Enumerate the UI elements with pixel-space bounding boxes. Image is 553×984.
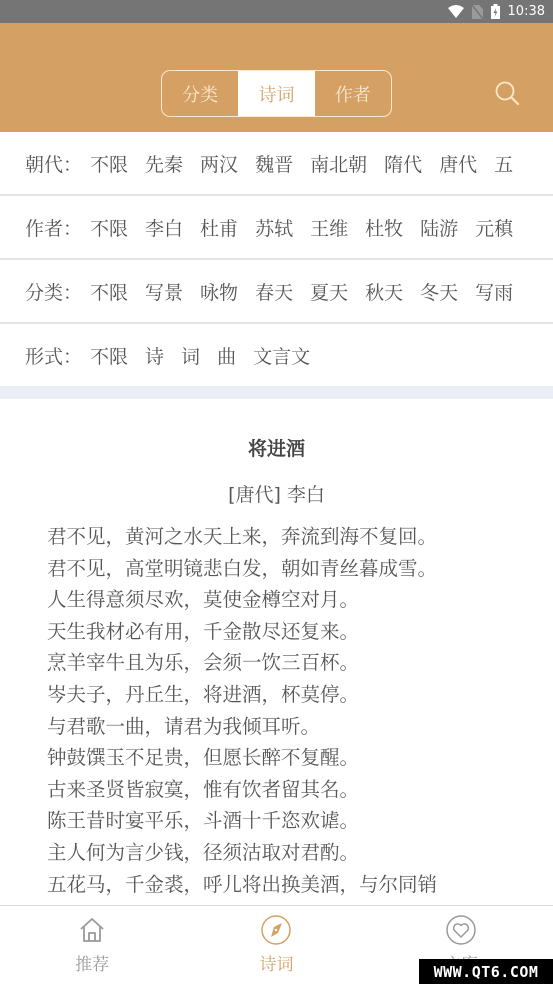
segmented-control: 分类 诗词 作者	[161, 70, 392, 117]
filter-label: 朝代：	[25, 150, 82, 177]
filter-option[interactable]: 两汉	[200, 150, 238, 177]
filter-option[interactable]: 隋代	[384, 150, 422, 177]
search-button[interactable]	[494, 80, 520, 106]
filter-option[interactable]: 词	[181, 342, 200, 369]
filter-label: 作者：	[25, 214, 82, 241]
poem-line: 人生得意须尽欢，莫使金樽空对月。	[47, 584, 553, 616]
poem-line: 君不见，黄河之水天上来，奔流到海不复回。	[47, 521, 553, 553]
filter-option[interactable]: 不限	[90, 214, 128, 241]
search-icon	[494, 80, 520, 106]
filter-option[interactable]: 冬天	[420, 278, 458, 305]
app-bar: 分类 诗词 作者	[0, 23, 553, 132]
watermark: WWW.QT6.COM	[419, 959, 553, 984]
filter-row-dynasty: 朝代： 不限 先秦 两汉 魏晋 南北朝 隋代 唐代 五	[0, 132, 553, 196]
tab-recommend[interactable]: 推荐	[0, 906, 184, 984]
poem-line: 与君歌一曲，请君为我倾耳听。	[47, 711, 553, 743]
filter-option[interactable]: 苏轼	[255, 214, 293, 241]
filter-option[interactable]: 王维	[310, 214, 348, 241]
segment-category[interactable]: 分类	[162, 71, 238, 116]
filter-option[interactable]: 春天	[255, 278, 293, 305]
poem-line: 君不见，高堂明镜悲白发，朝如青丝暮成雪。	[47, 553, 553, 585]
filter-row-form: 形式： 不限 诗 词 曲 文言文	[0, 324, 553, 386]
filter-option[interactable]: 先秦	[145, 150, 183, 177]
poem-line: 主人何为言少钱，径须沽取对君酌。	[47, 837, 553, 869]
filter-option[interactable]: 元稹	[475, 214, 513, 241]
poem-line: 古来圣贤皆寂寞，惟有饮者留其名。	[47, 774, 553, 806]
poem-title: 将进酒	[0, 434, 553, 461]
filter-option[interactable]: 杜甫	[200, 214, 238, 241]
filter-option[interactable]: 咏物	[200, 278, 238, 305]
section-divider	[0, 386, 553, 399]
poem-line: 岑夫子，丹丘生，将进酒，杯莫停。	[47, 679, 553, 711]
battery-charging-icon	[491, 4, 500, 19]
poem-line: 烹羊宰牛且为乐，会须一饮三百杯。	[47, 647, 553, 679]
heart-icon	[445, 914, 477, 946]
filter-option[interactable]: 陆游	[420, 214, 458, 241]
poem-card[interactable]: 将进酒 [唐代] 李白 君不见，黄河之水天上来，奔流到海不复回。 君不见，高堂明…	[0, 399, 553, 905]
filter-option[interactable]: 唐代	[439, 150, 477, 177]
compass-icon	[260, 914, 292, 946]
no-sim-icon	[472, 5, 483, 19]
segment-authors[interactable]: 作者	[315, 71, 391, 116]
home-icon	[76, 914, 108, 946]
poem-line: 天生我材必有用，千金散尽还复来。	[47, 616, 553, 648]
status-bar: 10:38	[0, 0, 553, 23]
segment-poems[interactable]: 诗词	[238, 71, 314, 116]
clock: 10:38	[508, 4, 545, 19]
filter-option[interactable]: 写雨	[475, 278, 513, 305]
filter-option[interactable]: 魏晋	[255, 150, 293, 177]
poem-author: [唐代] 李白	[0, 480, 553, 507]
tab-label: 诗词	[259, 950, 293, 975]
filter-option[interactable]: 五	[494, 150, 513, 177]
filter-option[interactable]: 不限	[90, 150, 128, 177]
filter-option[interactable]: 不限	[90, 278, 128, 305]
filter-label: 分类：	[25, 278, 82, 305]
filter-option[interactable]: 曲	[217, 342, 236, 369]
wifi-icon	[448, 5, 464, 18]
filter-option[interactable]: 李白	[145, 214, 183, 241]
filter-option[interactable]: 不限	[90, 342, 128, 369]
poem-line: 钟鼓馔玉不足贵，但愿长醉不复醒。	[47, 742, 553, 774]
filter-option[interactable]: 文言文	[253, 342, 310, 369]
poem-body: 君不见，黄河之水天上来，奔流到海不复回。 君不见，高堂明镜悲白发，朝如青丝暮成雪…	[0, 521, 553, 900]
filter-option[interactable]: 杜牧	[365, 214, 403, 241]
filter-label: 形式：	[25, 342, 82, 369]
filter-option[interactable]: 夏天	[310, 278, 348, 305]
poem-line: 陈王昔时宴平乐，斗酒十千恣欢谑。	[47, 805, 553, 837]
filter-panel: 朝代： 不限 先秦 两汉 魏晋 南北朝 隋代 唐代 五 作者： 不限 李白 杜甫…	[0, 132, 553, 386]
filter-option[interactable]: 写景	[145, 278, 183, 305]
filter-option[interactable]: 秋天	[365, 278, 403, 305]
filter-option[interactable]: 南北朝	[310, 150, 367, 177]
tab-label: 推荐	[75, 950, 109, 975]
filter-row-author: 作者： 不限 李白 杜甫 苏轼 王维 杜牧 陆游 元稹	[0, 196, 553, 260]
tab-poems[interactable]: 诗词	[184, 906, 368, 984]
poem-line: 五花马，千金裘，呼儿将出换美酒，与尔同销	[47, 869, 553, 901]
filter-row-category: 分类： 不限 写景 咏物 春天 夏天 秋天 冬天 写雨	[0, 260, 553, 324]
filter-option[interactable]: 诗	[145, 342, 164, 369]
